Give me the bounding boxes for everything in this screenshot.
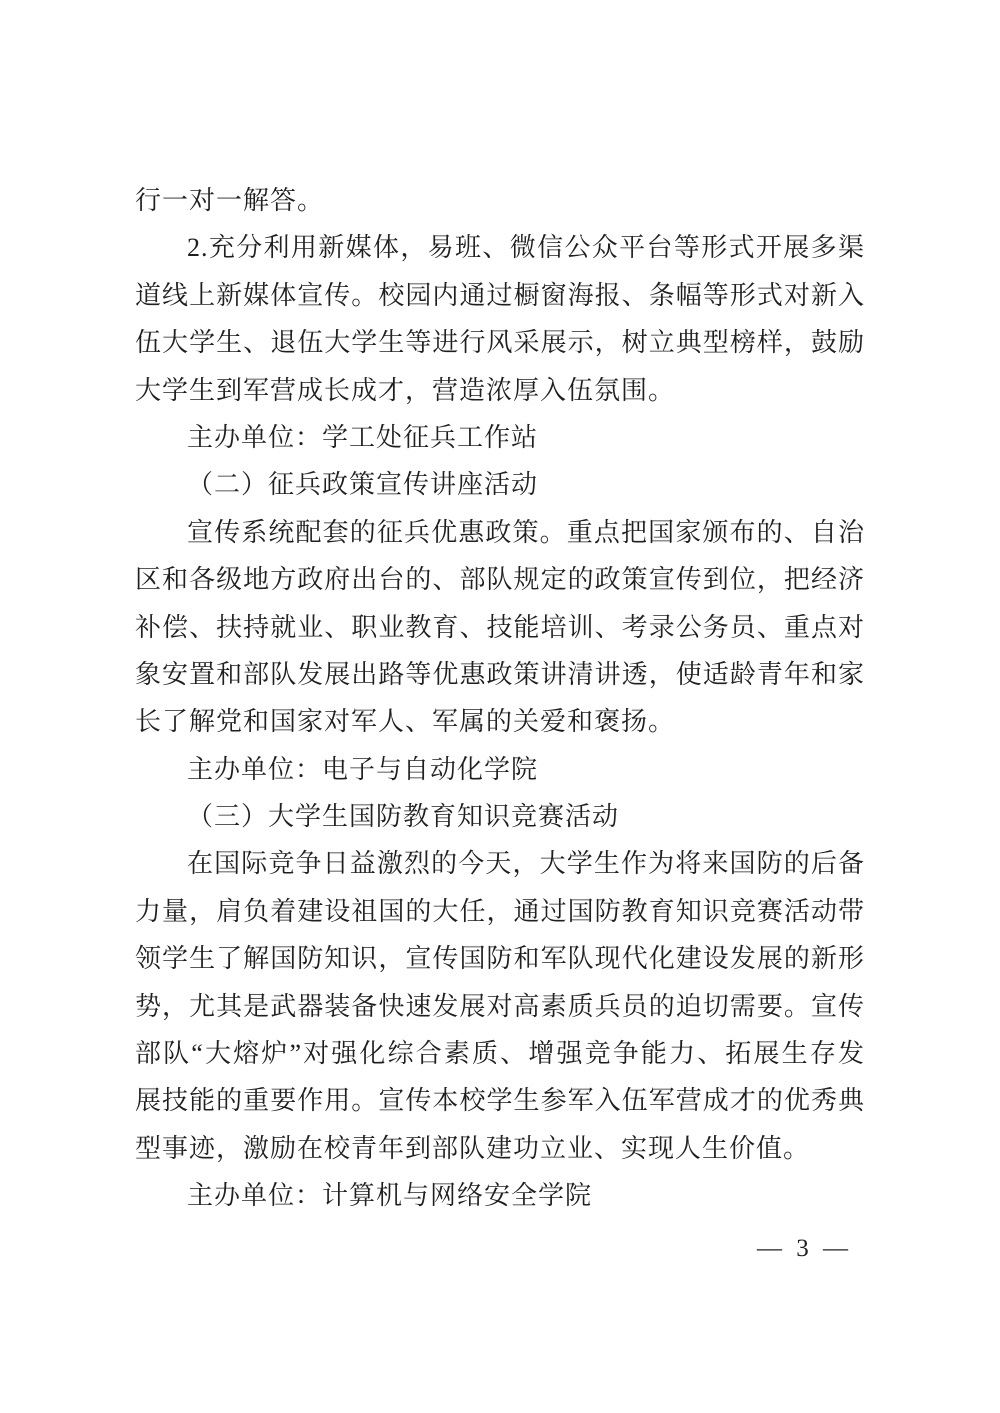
organizer-line: 主办单位：计算机与网络安全学院 xyxy=(135,1172,865,1219)
section-heading: （二）征兵政策宣传讲座活动 xyxy=(135,461,865,508)
body-line: 2.充分利用新媒体，易班、微信公众平台等形式开展多渠 xyxy=(135,224,865,271)
body-line: 力量，肩负着建设祖国的大任，通过国防教育知识竞赛活动带 xyxy=(135,888,865,935)
document-page: 行一对一解答。2.充分利用新媒体，易班、微信公众平台等形式开展多渠道线上新媒体宣… xyxy=(0,0,1000,1413)
body-line: 在国际竞争日益激烈的今天，大学生作为将来国防的后备 xyxy=(135,840,865,887)
body-line: 势，尤其是武器装备快速发展对高素质兵员的迫切需要。宣传 xyxy=(135,983,865,1030)
body-line: 行一对一解答。 xyxy=(135,177,865,224)
body-line: 领学生了解国防知识，宣传国防和军队现代化建设发展的新形 xyxy=(135,935,865,982)
section-heading: （三）大学生国防教育知识竞赛活动 xyxy=(135,793,865,840)
body-line: 大学生到军营成长成才，营造浓厚入伍氛围。 xyxy=(135,367,865,414)
body-line: 象安置和部队发展出路等优惠政策讲清讲透，使适龄青年和家 xyxy=(135,651,865,698)
page-number: — 3 — xyxy=(757,1234,852,1264)
organizer-line: 主办单位：学工处征兵工作站 xyxy=(135,414,865,461)
organizer-line: 主办单位：电子与自动化学院 xyxy=(135,746,865,793)
body-line: 宣传系统配套的征兵优惠政策。重点把国家颁布的、自治 xyxy=(135,509,865,556)
body-line: 道线上新媒体宣传。校园内通过橱窗海报、条幅等形式对新入 xyxy=(135,272,865,319)
body-line: 伍大学生、退伍大学生等进行风采展示，树立典型榜样，鼓励 xyxy=(135,319,865,366)
document-body: 行一对一解答。2.充分利用新媒体，易班、微信公众平台等形式开展多渠道线上新媒体宣… xyxy=(135,177,865,1220)
body-line: 长了解党和国家对军人、军属的关爱和褒扬。 xyxy=(135,698,865,745)
body-line: 型事迹，激励在校青年到部队建功立业、实现人生价值。 xyxy=(135,1125,865,1172)
body-line: 部队“大熔炉”对强化综合素质、增强竞争能力、拓展生存发 xyxy=(135,1030,865,1077)
body-line: 区和各级地方政府出台的、部队规定的政策宣传到位，把经济 xyxy=(135,556,865,603)
body-line: 补偿、扶持就业、职业教育、技能培训、考录公务员、重点对 xyxy=(135,604,865,651)
body-line: 展技能的重要作用。宣传本校学生参军入伍军营成才的优秀典 xyxy=(135,1077,865,1124)
